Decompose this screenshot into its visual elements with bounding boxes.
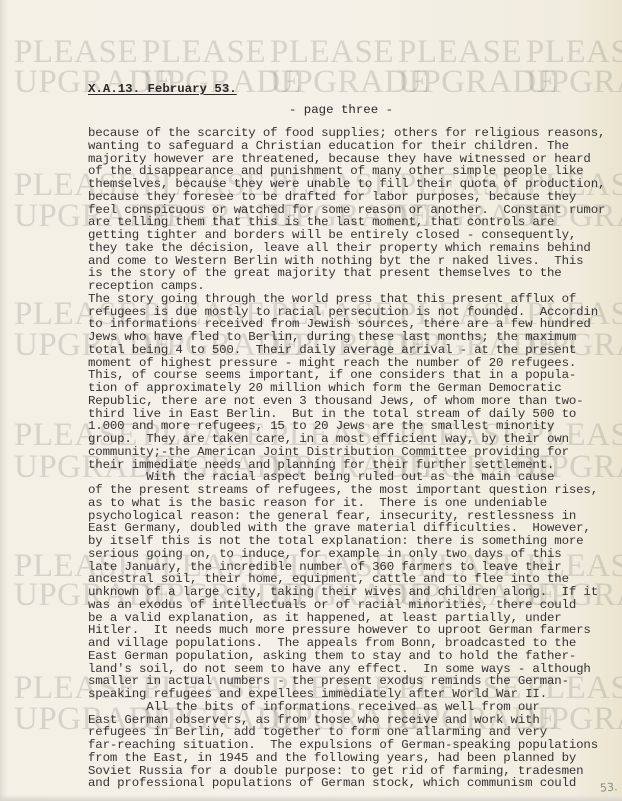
- text-line: of the present streams of refugees, the …: [88, 484, 622, 497]
- text-line: Jews who have fled to Berlin, during the…: [88, 331, 622, 344]
- text-line: and professional populations of German s…: [88, 777, 622, 790]
- text-line: East German population, asking them to s…: [88, 650, 622, 663]
- text-line: total being 4 to 500. Their daily averag…: [88, 344, 622, 357]
- text-line: they take the décision, leave all their …: [88, 242, 622, 255]
- text-line: from the East, in 1945 and the following…: [88, 752, 622, 765]
- watermark-text: PLEASE: [270, 34, 398, 71]
- handwritten-page-number: 53.: [600, 780, 618, 794]
- body-text: because of the scarcity of food supplies…: [88, 127, 622, 790]
- page-label: - page three -: [0, 103, 622, 117]
- watermark-row: PLEASEPLEASEPLEASEPLEASEPLEASE: [14, 34, 622, 71]
- text-line: far-reaching situation. The expulsions o…: [88, 739, 622, 752]
- text-line: Republic, there are not even 3 thousand …: [88, 395, 622, 408]
- text-line: because of the scarcity of food supplies…: [88, 127, 622, 140]
- watermark-text: PLEASE: [398, 34, 526, 71]
- text-line: by itself this is not the total explanat…: [88, 535, 622, 548]
- text-line: getting tighter and borders will be enti…: [88, 229, 622, 242]
- text-line: wanting to safeguard a Christian educati…: [88, 140, 622, 153]
- text-line: was an exodus of intellectuals or of rac…: [88, 599, 622, 612]
- watermark-text: UPGRADE: [526, 64, 622, 101]
- document-reference: X.A.13. February 53.: [88, 82, 237, 96]
- watermark-text: UPGRADE: [270, 64, 398, 101]
- text-line: community;-the American Joint Distributi…: [88, 446, 622, 459]
- watermark-text: PLEASE: [142, 34, 270, 71]
- text-line: tion of approximately 20 million which f…: [88, 382, 622, 395]
- text-line: unknown of a large city, taking their wi…: [88, 586, 622, 599]
- watermark-text: PLEASE: [526, 34, 622, 71]
- text-line: The story going through the world press …: [88, 293, 622, 306]
- document-page: PLEASEPLEASEPLEASEPLEASEPLEASE UPGRADEUP…: [0, 0, 622, 801]
- text-line: as to what is the basic reason for it. T…: [88, 497, 622, 510]
- watermark-text: UPGRADE: [398, 64, 526, 101]
- text-line: because they foresee to be drafted for l…: [88, 191, 622, 204]
- text-line: and village populations. The appeals fro…: [88, 637, 622, 650]
- watermark-text: PLEASE: [14, 34, 142, 71]
- text-line: themselves, because they were unable to …: [88, 178, 622, 191]
- text-line: group. They are taken care, in a most ef…: [88, 433, 622, 446]
- text-line: speaking refugees and expellees immediat…: [88, 688, 622, 701]
- text-line: All the bits of informations received as…: [88, 701, 622, 714]
- text-line: reception camps.: [88, 280, 622, 293]
- text-line: serious going on, to induce, for example…: [88, 548, 622, 561]
